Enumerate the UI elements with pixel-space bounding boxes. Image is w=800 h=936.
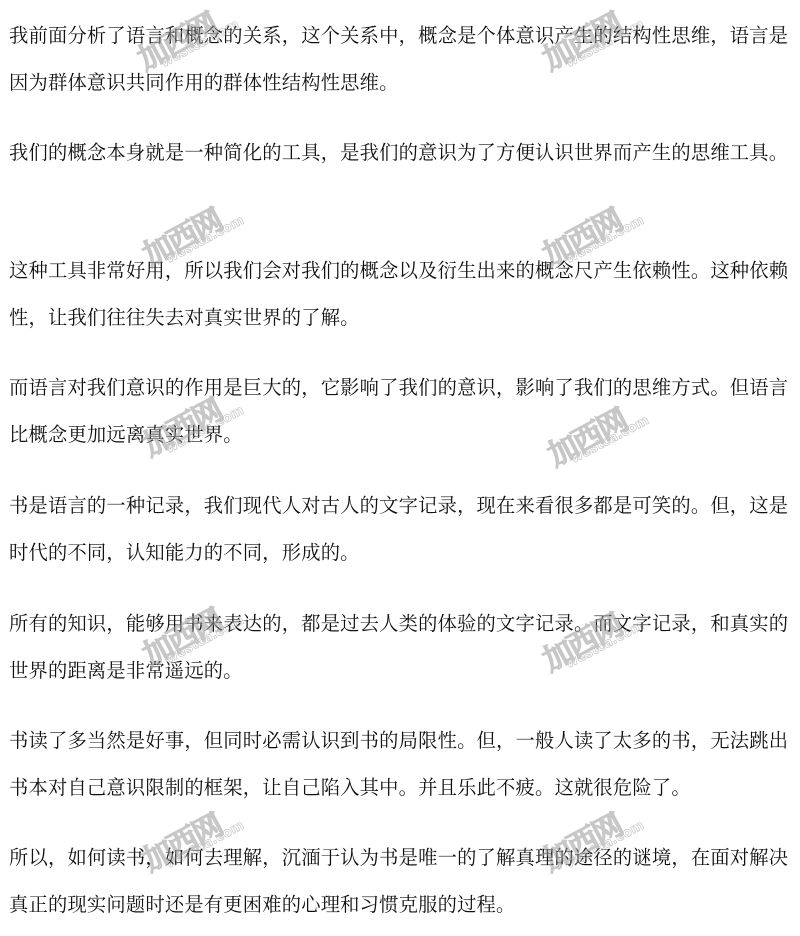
paragraph-3: 这种工具非常好用，所以我们会对我们的概念以及衍生出来的概念尺产生依赖性。这种依赖… xyxy=(9,247,795,341)
paragraph-4: 而语言对我们意识的作用是巨大的，它影响了我们的意识，影响了我们的思维方式。但语言… xyxy=(9,364,795,458)
paragraph-6: 所有的知识，能够用书来表达的，都是过去人类的体验的文字记录。而文字记录，和真实的… xyxy=(9,600,795,694)
paragraph-1: 我前面分析了语言和概念的关系，这个关系中，概念是个体意识产生的结构性思维，语言是… xyxy=(9,12,795,106)
paragraph-7: 书读了多当然是好事，但同时必需认识到书的局限性。但，一般人读了太多的书，无法跳出… xyxy=(9,717,795,811)
paragraph-5: 书是语言的一种记录，我们现代人对古人的文字记录，现在来看很多都是可笑的。但，这是… xyxy=(9,482,795,576)
paragraph-8: 所以，如何读书，如何去理解，沉湎于认为书是唯一的了解真理的途径的谜境，在面对解决… xyxy=(9,834,795,928)
paragraph-2: 我们的概念本身就是一种简化的工具，是我们的意识为了方便认识世界而产生的思维工具。 xyxy=(9,129,795,176)
